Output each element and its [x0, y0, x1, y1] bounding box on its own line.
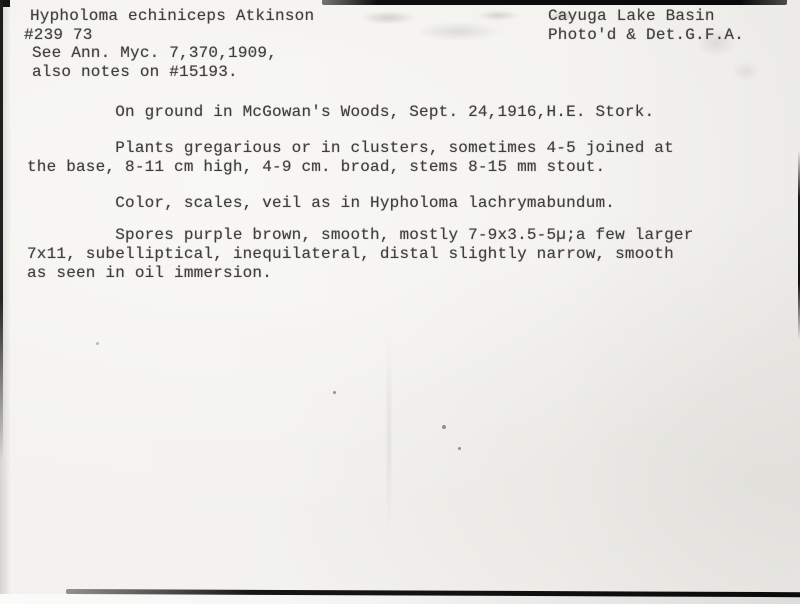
ink-speck: [333, 391, 336, 394]
scanned-specimen-card: Hypholoma echiniceps Atkinson #239 73 Se…: [0, 0, 800, 604]
ink-speck: [96, 342, 99, 345]
header-left: Hypholoma echiniceps Atkinson #239 73 Se…: [24, 7, 314, 81]
credit-label: Photo'd & Det.G.F.A.: [548, 26, 744, 45]
paragraph-habit: Plants gregarious or in clusters, someti…: [27, 139, 674, 177]
specimen-number: #239 73: [24, 26, 314, 45]
ink-speck: [458, 447, 461, 450]
paragraph-color: Color, scales, veil as in Hypholoma lach…: [27, 194, 615, 213]
scan-edge-top: [322, 0, 787, 5]
specimen-title: Hypholoma echiniceps Atkinson: [30, 7, 314, 26]
reference-note: See Ann. Myc. 7,370,1909,: [32, 44, 314, 63]
paper-crease: [382, 295, 396, 575]
region-label: Cayuga Lake Basin: [548, 7, 744, 26]
scan-edge-left: [0, 0, 3, 460]
paragraph-collection: On ground in McGowan's Woods, Sept. 24,1…: [27, 103, 654, 122]
ink-speck: [442, 425, 446, 429]
smudge-mark: [328, 4, 528, 50]
paragraph-spores: Spores purple brown, smooth, mostly 7-9x…: [27, 226, 694, 283]
additional-note: also notes on #15193.: [32, 63, 314, 82]
header-right: Cayuga Lake Basin Photo'd & Det.G.F.A.: [548, 7, 744, 44]
